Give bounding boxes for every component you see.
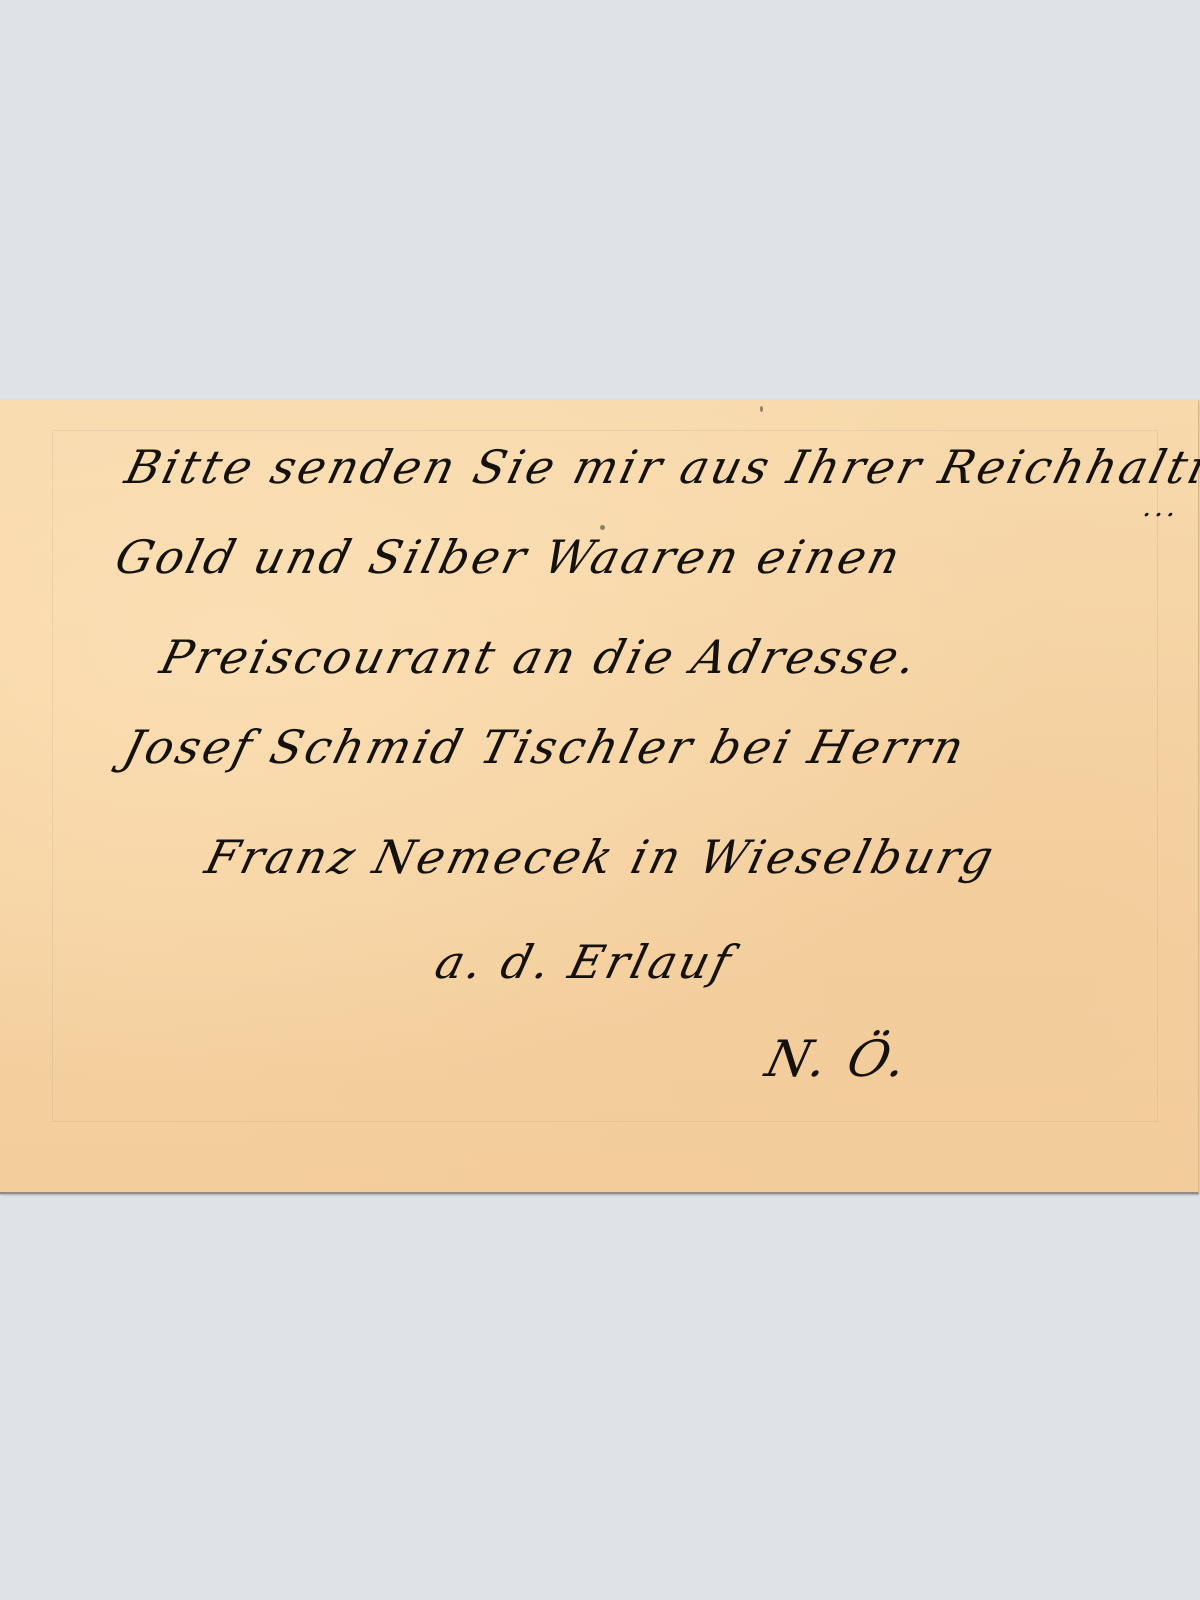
handwritten-line-4: Josef Schmid Tischler bei Herrn xyxy=(118,720,972,774)
handwritten-line-5: Franz Nemecek in Wieselburg xyxy=(200,830,1001,884)
handwritten-line-2: Gold und Silber Waaren einen xyxy=(110,530,908,584)
handwritten-line-3: Preiscourant an die Adresse. xyxy=(155,630,925,684)
handwritten-line-6: a. d. Erlauf xyxy=(430,935,739,989)
handwritten-signature-region: N. Ö. xyxy=(760,1030,916,1088)
paper-mark xyxy=(760,406,763,412)
postcard: Bitte senden Sie mir aus Ihrer Reichhalt… xyxy=(0,400,1199,1194)
handwritten-margin-note: ... xyxy=(1140,490,1184,523)
handwritten-line-1: Bitte senden Sie mir aus Ihrer Reichhalt… xyxy=(120,440,1200,494)
ink-speck xyxy=(600,525,605,530)
